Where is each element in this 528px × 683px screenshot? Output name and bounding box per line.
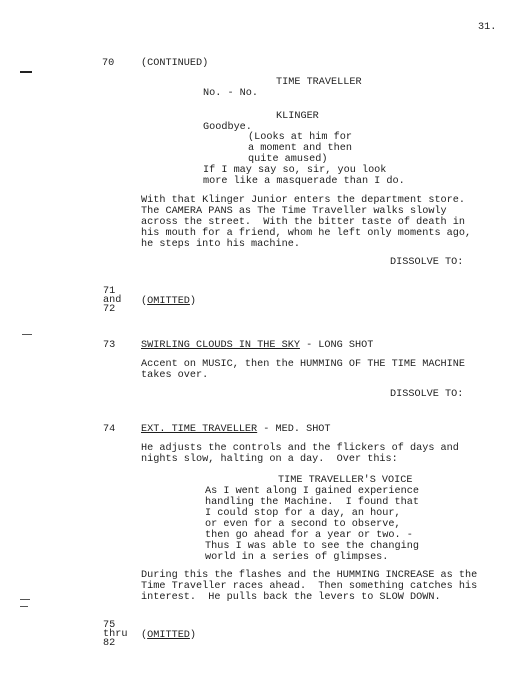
- action-line: across the street. With the bitter taste…: [141, 217, 465, 228]
- action-line: interest. He pulls back the levers to SL…: [141, 592, 441, 603]
- action-line: With that Klinger Junior enters the depa…: [141, 195, 465, 206]
- action-line: During this the flashes and the HUMMING …: [141, 570, 477, 581]
- scene-heading: (CONTINUED): [141, 58, 208, 69]
- scene-heading: SWIRLING CLOUDS IN THE SKY - LONG SHOT: [141, 340, 373, 351]
- action-line: nights slow, halting on a day. Over this…: [141, 454, 398, 465]
- scene-heading: EXT. TIME TRAVELLER - MED. SHOT: [141, 424, 331, 435]
- parenthetical: quite amused): [248, 154, 327, 165]
- omitted-label: OMITTED: [147, 296, 190, 307]
- action-line: The CAMERA PANS as The Time Traveller wa…: [141, 206, 447, 217]
- dialogue-line: If I may say so, sir, you look: [203, 165, 386, 176]
- dialogue-line: then go ahead for a year or two. -: [205, 530, 413, 541]
- dialogue-line: world in a series of glimpses.: [205, 552, 388, 563]
- scene-number: 74: [103, 424, 115, 435]
- margin-mark: [20, 71, 32, 73]
- action-line: Accent on MUSIC, then the HUMMING OF THE…: [141, 359, 465, 370]
- scene-number: 72: [103, 305, 115, 314]
- action-line: He adjusts the controls and the flickers…: [141, 443, 459, 454]
- heading-location: EXT. TIME TRAVELLER: [141, 424, 257, 435]
- scene-number: 82: [103, 639, 115, 648]
- character-name: KLINGER: [276, 111, 319, 122]
- transition: DISSOLVE TO:: [390, 389, 463, 400]
- dialogue-line: handling the Machine. I found that: [205, 497, 419, 508]
- transition: DISSOLVE TO:: [390, 257, 463, 268]
- action-line: takes over.: [141, 370, 208, 381]
- dialogue-line: Thus I was able to see the changing: [205, 541, 419, 552]
- dialogue-line: or even for a second to observe,: [205, 519, 401, 530]
- heading-shot: - LONG SHOT: [300, 340, 373, 351]
- margin-mark: [20, 606, 28, 607]
- parenthetical: a moment and then: [248, 143, 352, 154]
- character-name: TIME TRAVELLER: [276, 77, 362, 88]
- dialogue-line: Goodbye.: [203, 122, 252, 133]
- action-line: he steps into his machine.: [141, 239, 300, 250]
- margin-mark: [22, 334, 32, 335]
- action-line: his mouth for a friend, whom he left onl…: [141, 228, 471, 239]
- dialogue-line: No. - No.: [203, 88, 258, 99]
- action-line: Time Traveller races ahead. Then somethi…: [141, 581, 477, 592]
- scene-number: 73: [103, 340, 115, 351]
- dialogue-line: As I went along I gained experience: [205, 486, 419, 497]
- page-number: 31.: [478, 22, 496, 33]
- scene-number: 70: [102, 58, 114, 69]
- margin-mark: [20, 599, 30, 600]
- omitted-label: OMITTED: [147, 630, 190, 641]
- dialogue-line: more like a masquerade than I do.: [203, 176, 405, 187]
- scene-heading: (OMITTED): [141, 630, 196, 641]
- scene-heading: (OMITTED): [141, 296, 196, 307]
- character-name: TIME TRAVELLER'S VOICE: [278, 475, 413, 486]
- dialogue-line: I could stop for a day, an hour,: [205, 508, 401, 519]
- heading-location: SWIRLING CLOUDS IN THE SKY: [141, 340, 300, 351]
- parenthetical: (Looks at him for: [248, 132, 352, 143]
- heading-shot: - MED. SHOT: [257, 424, 330, 435]
